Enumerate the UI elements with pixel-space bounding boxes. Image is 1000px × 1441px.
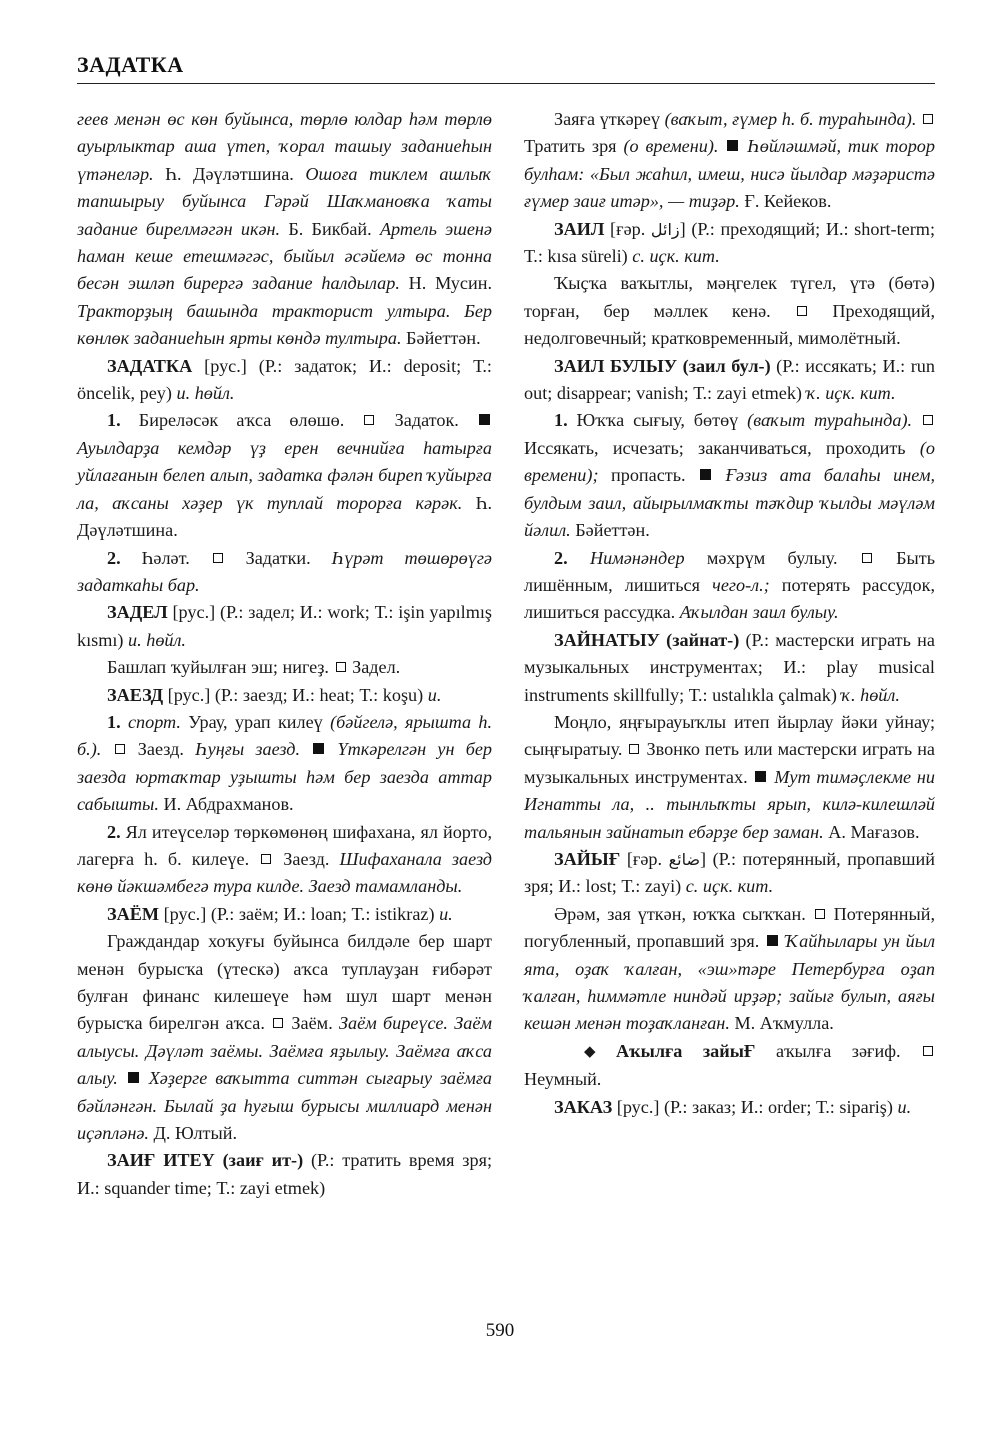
source-author: Ғ. Кейеков. (740, 191, 832, 211)
etymology-translations: [рус.] (Р.: заказ; И.: order; Т.: sipari… (612, 1097, 897, 1117)
translation-marker-icon (923, 114, 933, 124)
etymology-translations: [рус.] (Р.: заезд; И.: heat; Т.: koşu) (163, 685, 428, 705)
verb-stem: (зайнат-) (660, 630, 739, 650)
sense-number: 2. (554, 548, 568, 568)
translation-marker-icon (815, 909, 825, 919)
entry-zakaz: ЗАКАЗ [рус.] (Р.: заказ; И.: order; Т.: … (524, 1094, 935, 1121)
example-text: Ауылдарҙа кемдәр үҙ ерен вечнийға һатырғ… (77, 438, 492, 513)
example-marker-icon (313, 743, 324, 754)
part-of-speech: с. иҫк. кит. (632, 246, 719, 266)
translation-marker-icon (115, 744, 125, 754)
translation-marker-icon (629, 744, 639, 754)
source-author: Һ. Дәүләтшина. (154, 164, 306, 184)
usage-note: (ваҡыт тураһында). (747, 410, 912, 430)
russian-translation: Иссякать, исчезать; заканчиваться, прохо… (524, 438, 920, 458)
part-of-speech: и. һөйл. (177, 383, 235, 403)
entry-zail-buluu: ЗАИЛ БУЛЫУ (заил бул-) (Р.: иссякать; И.… (524, 353, 935, 408)
etymology-translations: [рус.] (Р.: заём; И.: loan; Т.: istikraz… (159, 904, 439, 924)
part-of-speech: с. иҫк. кит. (686, 876, 773, 896)
sense-number: 1. (107, 410, 121, 430)
example-marker-icon (479, 414, 490, 425)
headword: ЗАДАТКА (107, 356, 192, 376)
sense-2: 2. Нимәнәндер мәхрүм булыу. Быть лишённы… (524, 545, 935, 627)
part-of-speech: и. һөйл. (128, 630, 186, 650)
part-of-speech: и. (439, 904, 453, 924)
translation-marker-icon (923, 415, 933, 425)
definition-line: Башлап ҡуйылған эш; нигеҙ. Задел. (77, 654, 492, 681)
sense-2: 2. Ял итеүселәр төркөмөнөң шифахана, ял … (77, 819, 492, 901)
idiom-marker-icon: ◆ (554, 1039, 596, 1066)
definition: аҡылға зәғиф. (756, 1041, 922, 1061)
translation-marker-icon (923, 1046, 933, 1056)
entry-zaig-iteu: ЗАИҒ ИТЕҮ (заиғ ит-) (Р.: тратить время … (77, 1147, 492, 1202)
source-author: Д. Юлтый. (149, 1123, 237, 1143)
header-rule (77, 83, 935, 84)
sense-number: 2. (107, 822, 121, 842)
russian-translation: Тратить зря (524, 136, 623, 156)
running-head: ЗАДАТКА (77, 52, 184, 78)
definition-line: Граждандар хоҡуғы буйынса билдәле бер ша… (77, 928, 492, 1147)
sense-number: 2. (107, 548, 121, 568)
definition: мәхрүм булыу. (685, 548, 860, 568)
entry-zainatyu: ЗАЙНАТЫУ (зайнат-) (Р.: мастерски играть… (524, 627, 935, 709)
entry-zail: ЗАИЛ [ғәр. زائل] (Р.: преходящий; И.: sh… (524, 216, 935, 271)
translation-marker-icon (213, 553, 223, 563)
translation-marker-icon (336, 662, 346, 672)
example-marker-icon (767, 935, 778, 946)
definition: Заяға үткәреү (554, 109, 665, 129)
definition-italic: Нимәнәндер (568, 548, 685, 568)
entry-zadatka: ЗАДАТКА [рус.] (Р.: задаток; И.: deposit… (77, 353, 492, 408)
definition: Юҡҡа сығыу, бөтөү (568, 410, 748, 430)
headword: ЗАИЛ БУЛЫУ (554, 356, 677, 376)
sense-1: 1. спорт. Урау, урап килеү (бәйгелә, яры… (77, 709, 492, 819)
example-text: Хәҙерге ваҡытта ситтән сығарыу заёмға бә… (77, 1068, 492, 1143)
part-of-speech: и. (428, 685, 442, 705)
headword: ЗАКАЗ (554, 1097, 612, 1117)
translation-marker-icon (797, 306, 807, 316)
headword: ЗАИЛ (554, 219, 604, 239)
russian-translation: Задаток. (376, 410, 477, 430)
russian-translation: Задатки. (225, 548, 332, 568)
headword: ЗАЁМ (107, 904, 159, 924)
origin-label: [ғәр. (620, 849, 668, 869)
translation-marker-icon (273, 1018, 283, 1028)
source-author: Б. Бикбай. (280, 219, 380, 239)
usage-note: чего-л.; (712, 575, 770, 595)
example-text: Һуңғы заезд. (195, 739, 300, 759)
origin-label: [ғәр. (604, 219, 650, 239)
definition-line: Әрәм, зая үткән, юҡҡа сыҡҡан. Потерянный… (524, 901, 935, 1038)
entry-continuation: геев менән өс көн буйынса, төрлө юлдар һ… (77, 106, 492, 353)
source-author: Бәйеттән. (571, 520, 650, 540)
russian-translation: пропасть. (599, 465, 686, 485)
idiom-phrase: Аҡылға зайыҒ (616, 1041, 755, 1061)
domain-label: спорт. (121, 712, 181, 732)
source-author: А. Мағазов. (824, 822, 920, 842)
russian-translation: Неумный. (524, 1069, 601, 1089)
headword: ЗАЙЫҒ (554, 849, 620, 869)
definition-line: Ҡыҫҡа ваҡытлы, мәңгелек түгел, үтә (бөтә… (524, 270, 935, 352)
russian-translation: Заём. (285, 1013, 339, 1033)
verb-stem: (заил бул-) (677, 356, 771, 376)
source-author: Н. Мусин. (400, 273, 492, 293)
part-of-speech: ҡ. һөйл. (841, 685, 899, 705)
sense-number: 1. (554, 410, 568, 430)
translation-marker-icon (261, 854, 271, 864)
translation-marker-icon (862, 553, 872, 563)
idiom-line: ◆ Аҡылға зайыҒ аҡылға зәғиф. Неумный. (524, 1038, 935, 1094)
left-column: геев менән өс көн буйынса, төрлө юлдар һ… (77, 106, 492, 1202)
headword: ЗАИҒ ИТЕҮ (107, 1150, 215, 1170)
entry-continuation: Заяға үткәреү (ваҡыт, ғүмер һ. б. тураһы… (524, 106, 935, 216)
example-text: Аҡылдан заил булыу. (680, 602, 839, 622)
source-author: Бәйеттән. (402, 328, 481, 348)
sense-2: 2. Һәләт. Задатки. Һүрәт төшөрөүгә задат… (77, 545, 492, 600)
example-marker-icon (700, 469, 711, 480)
entry-zaem: ЗАЁМ [рус.] (Р.: заём; И.: loan; Т.: ist… (77, 901, 492, 928)
entry-zaiyg: ЗАЙЫҒ [ғәр. ضائع] (Р.: потерянный, пропа… (524, 846, 935, 901)
arabic-source-word: زائل (651, 220, 680, 239)
definition: Урау, урап килеү (181, 712, 330, 732)
headword: ЗАДЕЛ (107, 602, 168, 622)
arabic-source-word: ضائع (669, 850, 700, 869)
sense-1: 1. Биреләсәк аҡса өлөшө. Задаток. Ауылда… (77, 407, 492, 544)
translation-marker-icon (364, 415, 374, 425)
definition: Һәләт. (121, 548, 211, 568)
sense-number: 1. (107, 712, 121, 732)
usage-note: (ваҡыт, ғүмер һ. б. тураһында). (665, 109, 917, 129)
entry-zadel: ЗАДЕЛ [рус.] (Р.: задел; И.: work; Т.: i… (77, 599, 492, 654)
sense-1: 1. Юҡҡа сығыу, бөтөү (ваҡыт тураһында). … (524, 407, 935, 544)
example-marker-icon (727, 140, 738, 151)
dictionary-page: ЗАДАТКА геев менән өс көн буйынса, төрлө… (0, 0, 1000, 1441)
page-number: 590 (0, 1320, 1000, 1342)
source-author: И. Абдрахманов. (159, 794, 294, 814)
definition-line: Моңло, яңғырауыҡлы итеп йырлау йәки уйна… (524, 709, 935, 846)
source-author: М. Аҡмулла. (730, 1013, 834, 1033)
definition: Биреләсәк аҡса өлөшө. (121, 410, 363, 430)
usage-note: (о времени). (623, 136, 718, 156)
russian-translation: Заезд. (273, 849, 339, 869)
example-marker-icon (128, 1072, 139, 1083)
entry-zaezd: ЗАЕЗД [рус.] (Р.: заезд; И.: heat; Т.: k… (77, 682, 492, 709)
part-of-speech: и. (898, 1097, 912, 1117)
verb-stem: (заиғ ит-) (215, 1150, 303, 1170)
definition: Башлап ҡуйылған эш; нигеҙ. (107, 657, 334, 677)
right-column: Заяға үткәреү (ваҡыт, ғүмер һ. б. тураһы… (524, 106, 935, 1121)
russian-translation: Задел. (348, 657, 401, 677)
part-of-speech: ҡ. иҫк. кит. (807, 383, 896, 403)
example-marker-icon (755, 771, 766, 782)
headword: ЗАЕЗД (107, 685, 163, 705)
definition: Әрәм, зая үткән, юҡҡа сыҡҡан. (554, 904, 813, 924)
russian-translation: Заезд. (127, 739, 196, 759)
headword: ЗАЙНАТЫУ (554, 630, 660, 650)
